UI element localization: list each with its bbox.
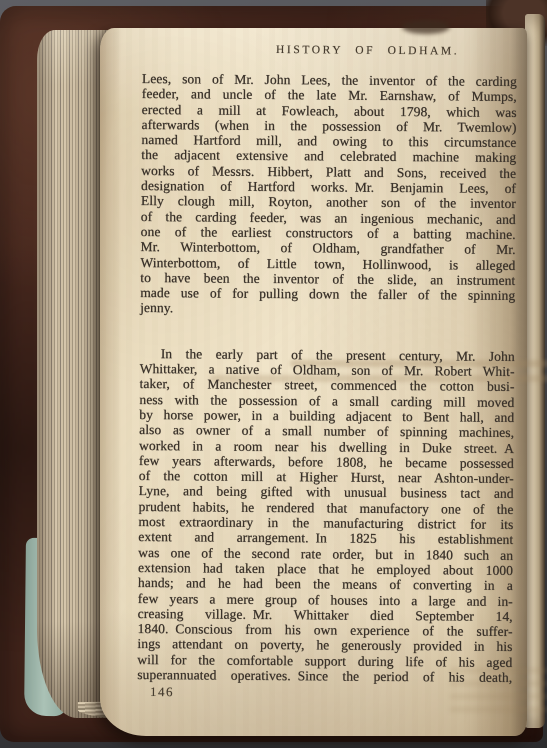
book-page: HISTORY OF OLDHAM. Lees, son of Mr. John… [100,28,527,736]
binding-shadow-nick [402,20,450,34]
paragraph: Lees, son of Mr. John Lees, the inventor… [140,71,517,319]
paragraph: In the early part of the present century… [137,346,515,685]
page-number: 146 [150,684,174,700]
text-line: superannuated operatives. Since the peri… [137,667,512,685]
book-photo-scene: HISTORY OF OLDHAM. Lees, son of Mr. John… [0,0,547,748]
page-body: Lees, son of Mr. John Lees, the inventor… [137,71,517,685]
text-line: jenny. [140,300,515,318]
right-page-fore-edge [525,14,545,728]
running-header: HISTORY OF OLDHAM. [180,43,547,58]
printed-content: HISTORY OF OLDHAM. Lees, son of Mr. John… [95,26,528,737]
